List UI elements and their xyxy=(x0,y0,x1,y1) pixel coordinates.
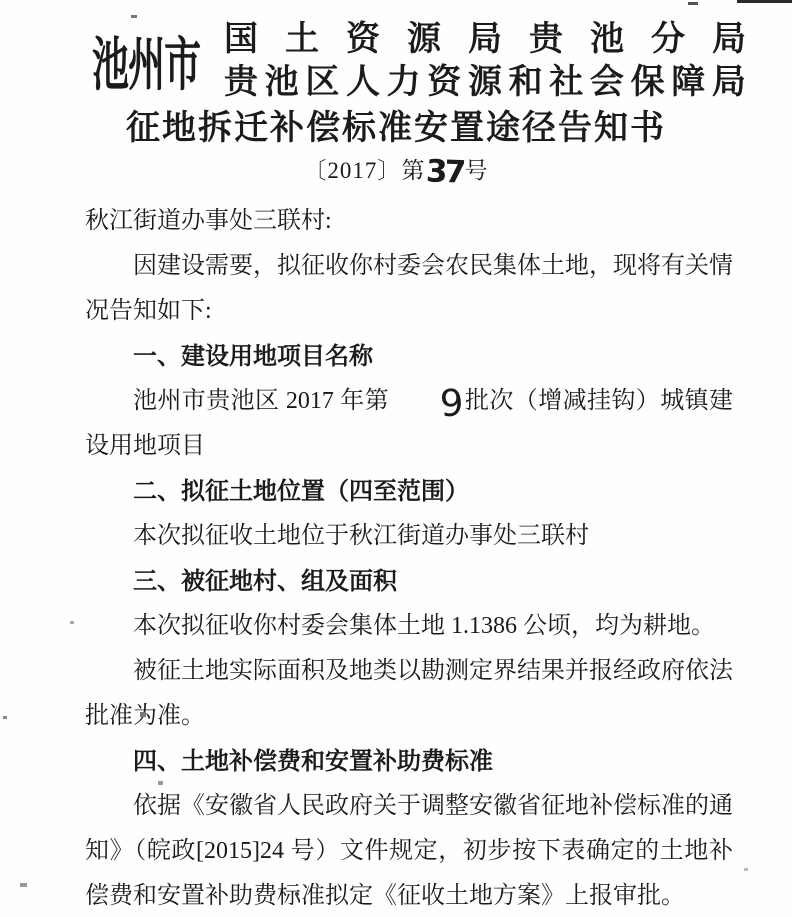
scanned-document-page: 池州市 国土资源局贵池分局 贵池区人力资源和社会保障局 征地拆迁补偿标准安置途径… xyxy=(0,0,792,917)
document-body: 秋江街道办事处三联村: 因建设需要，拟征收你村委会农民集体土地，现将有关情况告知… xyxy=(0,199,792,917)
section3-paragraph-2: 被征土地实际面积及地类以勘测定界结果并报经政府依法批准为准。 xyxy=(85,649,733,739)
addressee-line: 秋江街道办事处三联村: xyxy=(85,199,733,244)
issuer-agency-line-2: 贵池区人力资源和社会保障局 xyxy=(224,61,746,104)
scan-speck xyxy=(140,712,146,717)
issuer-agency-lines: 国土资源局贵池分局 贵池区人力资源和社会保障局 xyxy=(224,18,746,104)
section1-heading: 一、建设用地项目名称 xyxy=(85,334,733,379)
section2-text: 本次拟征收土地位于秋江街道办事处三联村 xyxy=(85,514,733,559)
scan-artifact-top-edge-line xyxy=(737,0,792,3)
section3-heading: 三、被征地村、组及面积 xyxy=(85,559,733,604)
document-title: 征地拆迁补偿标准安置途径告知书 xyxy=(0,106,792,150)
section1-text: 池州市贵池区 2017 年第9批次（增减挂钩）城镇建设用地项目 xyxy=(85,379,733,469)
scan-speck xyxy=(20,883,27,887)
scan-speck xyxy=(131,15,137,18)
issuer-city-name: 池州市 xyxy=(92,20,196,103)
scan-speck xyxy=(158,781,163,785)
document-number: 〔2017〕第37号 xyxy=(0,155,792,188)
section4-paragraph-1: 依据《安徽省人民政府关于调整安徽省征地补偿标准的通知》（皖政[2015]24 号… xyxy=(85,784,733,917)
section1-handwritten-batch-number: 9 xyxy=(391,384,464,425)
issuer-agency-line-1: 国土资源局贵池分局 xyxy=(224,18,746,61)
scan-artifact-top-mark xyxy=(688,2,698,5)
section3-paragraph-1: 本次拟征收你村委会集体土地 1.1386 公顷，均为耕地。 xyxy=(85,604,733,649)
scan-speck xyxy=(70,621,74,624)
scan-speck xyxy=(744,868,748,871)
scan-speck xyxy=(295,892,299,896)
section1-text-prefix: 池州市贵池区 2017 年第 xyxy=(133,388,389,414)
section4-heading: 四、土地补偿费和安置补助费标准 xyxy=(85,739,733,784)
scan-speck xyxy=(3,716,7,719)
document-masthead: 池州市 国土资源局贵池分局 贵池区人力资源和社会保障局 xyxy=(0,0,792,104)
doc-number-suffix: 号 xyxy=(465,158,489,183)
section2-heading: 二、拟征土地位置（四至范围） xyxy=(85,469,733,514)
intro-paragraph: 因建设需要，拟征收你村委会农民集体土地，现将有关情况告知如下: xyxy=(85,244,733,334)
doc-number-prefix: 〔2017〕第 xyxy=(303,158,425,183)
doc-number-handwritten: 37 xyxy=(426,156,464,188)
